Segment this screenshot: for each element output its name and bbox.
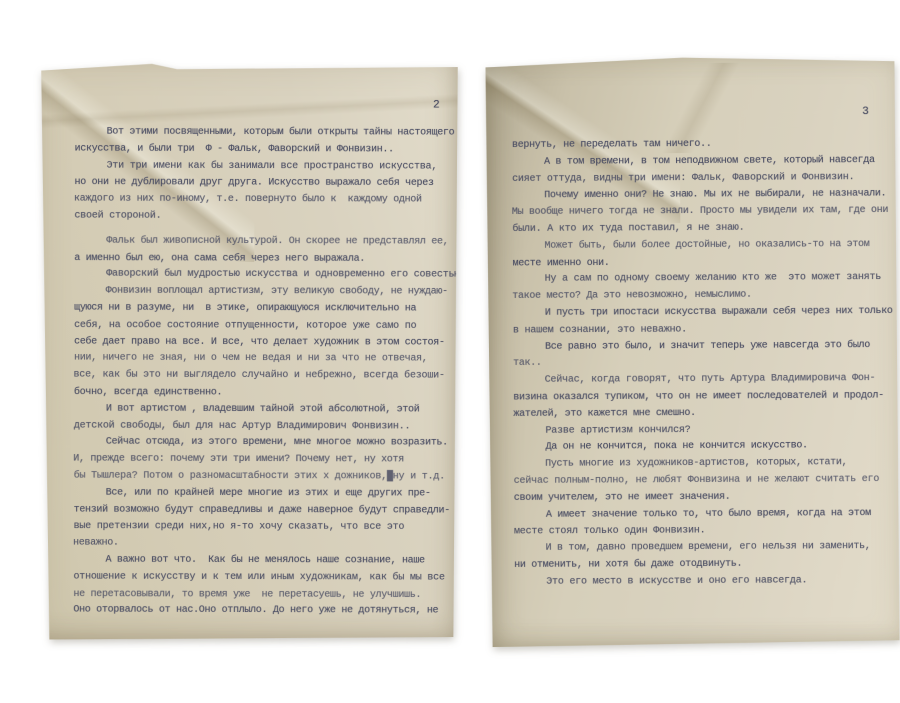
typewritten-line: детской свободы, был для нас Артур Влади… — [74, 418, 449, 436]
typewritten-line: И в том, давно проведшем времени, его не… — [513, 539, 894, 558]
typewritten-line: так.. — [513, 354, 894, 373]
typewritten-line: Мы вообще ничего тогда не знали. Просто … — [512, 203, 893, 222]
typewritten-line: Эти три имени как бы занимали все простр… — [74, 158, 449, 176]
typewritten-line: неважно. — [73, 536, 448, 554]
typewritten-line: И, прежде всего: почему эти три имени? П… — [73, 452, 448, 470]
page-3: 3 вернуть, не переделать там ничего..А в… — [485, 56, 899, 647]
page-2: 2 Вот этими посвященными, которым были о… — [37, 62, 458, 640]
typewritten-line: Все, или по крайней мере многие из этих … — [74, 485, 449, 503]
typewritten-line: Все равно это было, и значит теперь уже … — [513, 338, 894, 357]
typewritten-line: А имеет значение только то, что было вре… — [514, 505, 895, 524]
typewritten-line: но они не дублировали друг друга. Искусс… — [74, 175, 449, 193]
typewritten-line: были. А кто их туда поставил, я не знаю. — [512, 220, 893, 239]
document-scan: 2 Вот этими посвященными, которым были о… — [0, 0, 900, 703]
typewritten-line: Может быть, были более достойные, но ока… — [512, 237, 893, 256]
typewritten-line: бы Тышлера? Потом о разномасштабности эт… — [74, 468, 449, 486]
typewritten-line: своим учителем, это не имеет значения. — [514, 489, 895, 508]
typewritten-line: в нашем сознании, это неважно. — [513, 321, 894, 340]
paper-sheet: 3 вернуть, не переделать там ничего..А в… — [485, 56, 899, 647]
typewritten-line: своей стороной. — [74, 209, 449, 227]
typewritten-line: визина оказался тупиком, что он не имеет… — [513, 388, 894, 407]
typewritten-line: все, как бы это ни выглядело случайно и … — [73, 368, 448, 386]
typewritten-line: Фаворский был мудростью искусства и одно… — [74, 267, 449, 285]
typewritten-line: Пусть многие из художников-артистов, кот… — [513, 455, 894, 474]
page-number: 3 — [862, 106, 869, 118]
typewritten-line: Да он не кончится, пока не кончится иску… — [513, 438, 894, 457]
typewritten-line: И вот артистом , владевшим тайной этой а… — [74, 401, 449, 419]
typewritten-line: А в том времени, в том неподвижном свете… — [512, 153, 893, 172]
typewritten-line: каждого из них по-иному, т.е. повернуто … — [74, 192, 449, 210]
typewritten-line: И пусть три ипостаси искусства выражали … — [513, 304, 894, 323]
typewritten-line: а именно был ею, она сама себя через нег… — [74, 251, 449, 269]
typewritten-line: себя, на особое состояние отпущенности, … — [74, 318, 449, 336]
typewritten-line: Вот этими посвященными, которым были отк… — [75, 125, 450, 143]
typewritten-line: отношение к искусству и к тем или иным х… — [73, 569, 448, 587]
typewritten-line: Ну а сам по одному своему желанию кто же… — [513, 270, 894, 289]
typewritten-line: сейчас полным-полно, не любят Фонвизина … — [514, 472, 895, 491]
typewritten-line: Сейчас отсюда, из этого времени, мне мно… — [74, 435, 449, 453]
typewritten-line: А важно вот что. Как бы не менялось наше… — [73, 552, 448, 570]
typewritten-line: не перетасовывали, то время уже не перет… — [73, 586, 448, 604]
paper-sheet: 2 Вот этими посвященными, которым были о… — [37, 62, 458, 640]
typewritten-line: Сейчас, когда говорят, что путь Артура В… — [513, 371, 894, 390]
typewritten-line: сияет оттуда, видны три имени: Фальк, Фа… — [512, 170, 893, 189]
typewritten-line: щуюся ни в разуме, ни в этике, опирающую… — [74, 301, 449, 319]
typewritten-line: вые претензии среди них,но я-то хочу ска… — [74, 519, 449, 537]
page-number: 2 — [433, 99, 440, 111]
typewritten-line: Разве артистизм кончился? — [513, 421, 894, 440]
typewritten-line: Оно оторвалось от нас.Оно отплыло. До не… — [73, 603, 448, 621]
typewritten-line: ни отменить, ни хотя бы даже отодвинуть. — [514, 556, 895, 575]
typewritten-line: искусства, и были три Ф - Фальк, Фаворск… — [75, 141, 450, 159]
typewritten-line: вернуть, не переделать там ничего.. — [512, 136, 893, 155]
typewritten-line: Фальк был живописной культурой. Он скоре… — [74, 233, 449, 251]
page-text: Вот этими посвященными, которым были отк… — [73, 125, 449, 621]
typewritten-line: нии, ничего не зная, ни о чем не ведая и… — [74, 351, 449, 369]
typewritten-line: жателей, это кажется мне смешно. — [513, 405, 894, 424]
typewritten-line: Фонвизин воплощал артистизм, эту великую… — [74, 284, 449, 302]
typewritten-line: тензий возможно будут справедливы и даже… — [74, 502, 449, 520]
typewritten-line: такое место? Да это невозможно, немыслим… — [512, 287, 893, 306]
typewritten-line: себе дает право на все. И все, что делае… — [74, 334, 449, 352]
page-text: вернуть, не переделать там ничего..А в т… — [512, 136, 895, 592]
typewritten-line: бочно, всегда единственно. — [74, 385, 449, 403]
typewritten-line: Это его место в искусстве и оно его навс… — [514, 573, 895, 592]
